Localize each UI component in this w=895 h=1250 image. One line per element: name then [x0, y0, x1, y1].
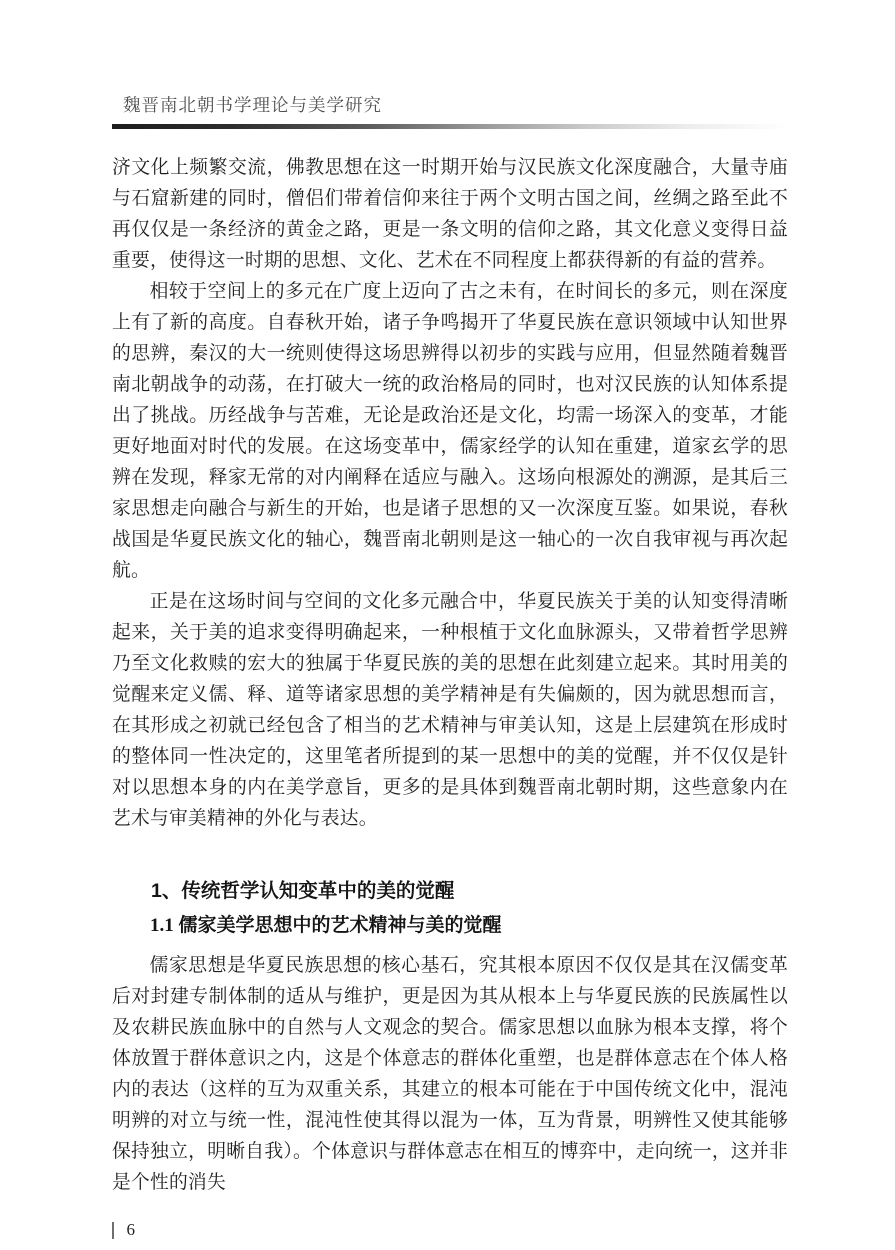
header-gradient-rule [112, 124, 788, 129]
page-header: 魏晋南北朝书学理论与美学研究 [0, 0, 895, 129]
page-number: 6 [127, 1220, 136, 1240]
paragraph-3: 正是在这场时间与空间的文化多元融合中，华夏民族关于美的认知变得清晰起来，关于美的… [112, 586, 788, 834]
folio-divider-rule [112, 1222, 114, 1239]
paragraph-1: 济文化上频繁交流，佛教思想在这一时期开始与汉民族文化深度融合，大量寺庙与石窟新建… [112, 152, 788, 276]
book-page: 魏晋南北朝书学理论与美学研究 济文化上频繁交流，佛教思想在这一时期开始与汉民族文… [0, 0, 895, 1250]
running-title: 魏晋南北朝书学理论与美学研究 [123, 95, 895, 115]
page-body: 济文化上频繁交流，佛教思想在这一时期开始与汉民族文化深度融合，大量寺庙与石窟新建… [112, 152, 788, 1198]
paragraph-2: 相较于空间上的多元在广度上迈向了古之未有，在时间长的多元，则在深度上有了新的高度… [112, 276, 788, 586]
subsection-heading: 1.1 儒家美学思想中的艺术精神与美的觉醒 [112, 913, 788, 939]
page-footer: 6 [112, 1220, 895, 1240]
section-heading: 1、传统哲学认知变革中的美的觉醒 [112, 878, 788, 904]
paragraph-4: 儒家思想是华夏民族思想的核心基石，究其根本原因不仅仅是其在汉儒变革后对封建专制体… [112, 950, 788, 1198]
